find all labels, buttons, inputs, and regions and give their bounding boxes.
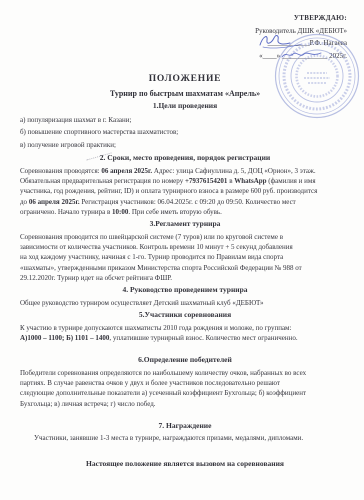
text: Победители соревнования определяются по … bbox=[20, 369, 306, 377]
text: на ход каждому участнику, начиная с 1-го… bbox=[20, 253, 283, 261]
text-line: до 06 апреля 2025г. Регистрация участник… bbox=[20, 197, 350, 207]
text-line: Обязательная предварительная регистрация… bbox=[20, 176, 350, 186]
text: Соревнования проводится по швейцарской с… bbox=[20, 233, 283, 241]
text-line: а) популяризация шахмат в г. Казани; bbox=[20, 114, 350, 127]
text-line: Общее руководство турниром осуществляет … bbox=[20, 298, 350, 308]
text: б) повышение спортивного мастерства шахм… bbox=[20, 128, 178, 136]
sections: 1.Цели проведенияа) популяризация шахмат… bbox=[20, 101, 350, 444]
text: партиях. В случае равенства очков у двух… bbox=[20, 379, 280, 387]
text-line: К участию в турнире допускаются шахматис… bbox=[20, 323, 350, 333]
scanned-document-page: УТВЕРЖДАЮ: Руководитель ДШК «ДЕБЮТ» ____… bbox=[0, 0, 364, 500]
footer-statement: Настоящее положение является вызовом на … bbox=[20, 459, 350, 469]
text-line: 29.12.2020г. Турнир идет на обсчет рейти… bbox=[20, 273, 350, 283]
text-line: Соревнования проводится по швейцарской с… bbox=[20, 232, 350, 242]
text-line: Победители соревнования определяются по … bbox=[20, 368, 350, 378]
section-5: 5.Участники соревнованияК участию в турн… bbox=[20, 310, 350, 343]
text: до bbox=[20, 198, 29, 206]
text: «шахматы», утвержденными приказом Минист… bbox=[20, 264, 302, 272]
text-line: следующие дополнительные показатели а) у… bbox=[20, 388, 350, 398]
section-heading: 2. Сроки, место проведения, порядок реги… bbox=[20, 153, 350, 163]
document-body: ПОЛОЖЕНИЕ Турнир по быстрым шахматам «Ап… bbox=[20, 74, 350, 469]
text-line: партиях. В случае равенства очков у двух… bbox=[20, 378, 350, 388]
text: в) получение игровой практики; bbox=[20, 141, 116, 149]
text: ограничено. Начало турнира в bbox=[20, 208, 112, 216]
text-line: участника, год рождения, рейтинг, ID) и … bbox=[20, 186, 350, 196]
bold-text: WhatsApp bbox=[234, 177, 266, 185]
section-heading: 6.Определение победителей bbox=[20, 355, 350, 365]
text: . При себе иметь вторую обувь. bbox=[128, 208, 222, 216]
text: Соревнования проводятся: bbox=[20, 167, 101, 175]
text-line: на ход каждому участнику, начиная с 1-го… bbox=[20, 252, 350, 262]
text-line: Участники, занявшие 1-3 места в турнире,… bbox=[34, 433, 350, 443]
text: Бухгольца; в) личная встреча; г) число п… bbox=[20, 400, 156, 408]
text-line: Бухгольца; в) личная встреча; г) число п… bbox=[20, 399, 350, 409]
text: (фамилия и имя bbox=[267, 177, 316, 185]
bold-text: 06 апреля 2025г. bbox=[29, 198, 80, 206]
text: Общее руководство турниром осуществляет … bbox=[20, 299, 264, 307]
section-2: 2. Сроки, место проведения, порядок реги… bbox=[20, 153, 350, 217]
section-heading: 1.Цели проведения bbox=[20, 101, 350, 111]
document-subtitle: Турнир по быстрым шахматам «Апрель» bbox=[20, 89, 350, 99]
text-line: зависимости от количества участников. Ко… bbox=[20, 242, 350, 252]
text: участника, год рождения, рейтинг, ID) и … bbox=[20, 187, 317, 195]
section-heading: 7. Награждение bbox=[20, 421, 350, 431]
bold-text: 06 апреля 2025г. bbox=[101, 167, 152, 175]
section-heading: 4. Руководство проведением турнира bbox=[20, 285, 350, 295]
bold-text: 10:00 bbox=[112, 208, 128, 216]
text-line: Соревнования проводятся: 06 апреля 2025г… bbox=[20, 166, 350, 176]
text-line: А)1000 – 1100; Б) 1101 – 1400, уплативши… bbox=[20, 333, 350, 343]
bold-text: +79376154201 bbox=[185, 177, 228, 185]
text: К участию в турнире допускаются шахматис… bbox=[20, 324, 291, 332]
text-line: «шахматы», утвержденными приказом Минист… bbox=[20, 263, 350, 273]
text: следующие дополнительные показатели а) у… bbox=[20, 389, 306, 397]
text: а) популяризация шахмат в г. Казани; bbox=[20, 116, 131, 124]
text: зависимости от количества участников. Ко… bbox=[20, 243, 293, 251]
text-line: в) получение игровой практики; bbox=[20, 139, 350, 152]
bold-text: А)1000 – 1100; Б) 1101 – 1400 bbox=[20, 334, 109, 342]
section-3: 3.Регламент турнираСоревнования проводит… bbox=[20, 219, 350, 283]
text: Обязательная предварительная регистрация… bbox=[20, 177, 185, 185]
text: 29.12.2020г. Турнир идет на обсчет рейти… bbox=[20, 274, 172, 282]
text-line: б) повышение спортивного мастерства шахм… bbox=[20, 126, 350, 139]
section-7: 7. НаграждениеУчастники, занявшие 1-3 ме… bbox=[20, 421, 350, 444]
text: Регистрация участников: 06.04.2025г. с 0… bbox=[80, 198, 296, 206]
handwritten-date-icon bbox=[280, 48, 324, 60]
section-1: 1.Цели проведенияа) популяризация шахмат… bbox=[20, 101, 350, 151]
section-heading: 5.Участники соревнования bbox=[20, 310, 350, 320]
text: , уплатившие турнирный взнос. Количество… bbox=[109, 334, 297, 342]
approval-label: УТВЕРЖДАЮ: bbox=[187, 12, 347, 25]
section-4: 4. Руководство проведением турнираОбщее … bbox=[20, 285, 350, 308]
section-6: 6.Определение победителейПобедители соре… bbox=[20, 355, 350, 409]
section-heading: 3.Регламент турнира bbox=[20, 219, 350, 229]
page-title: ПОЛОЖЕНИЕ bbox=[20, 74, 350, 85]
text-line: ограничено. Начало турнира в 10:00. При … bbox=[20, 207, 350, 217]
text: Адрес: улица Сафиуллина д. 5, ДОЦ «Орион… bbox=[152, 167, 315, 175]
text: Участники, занявшие 1-3 места в турнире,… bbox=[34, 434, 303, 442]
